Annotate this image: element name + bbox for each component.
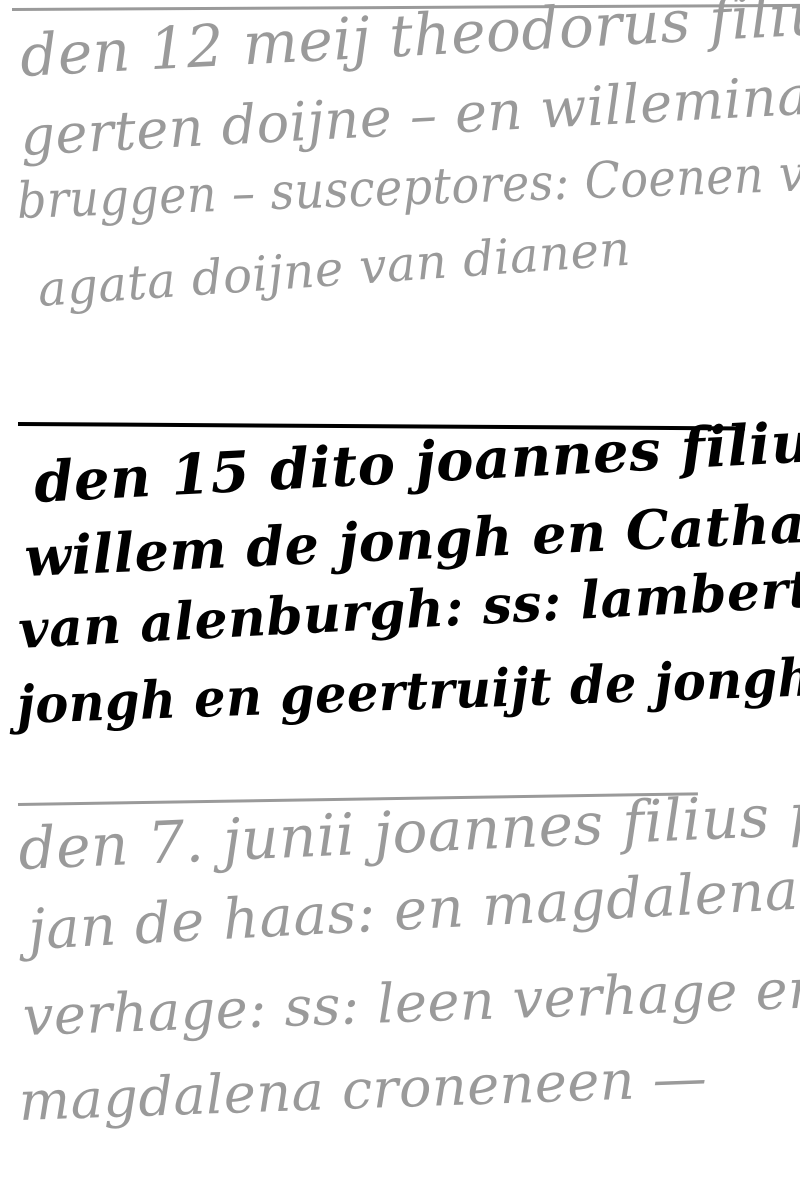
register-page: den 12 meij theodorus filius p: gerten d…: [0, 0, 800, 1186]
entry-1-line-4: agata doijne van dianen: [36, 221, 632, 318]
entry-3-line-4: magdalena croneneen —: [18, 1046, 708, 1133]
entry-3-line-3: verhage: ss: leen verhage en: [22, 957, 800, 1048]
